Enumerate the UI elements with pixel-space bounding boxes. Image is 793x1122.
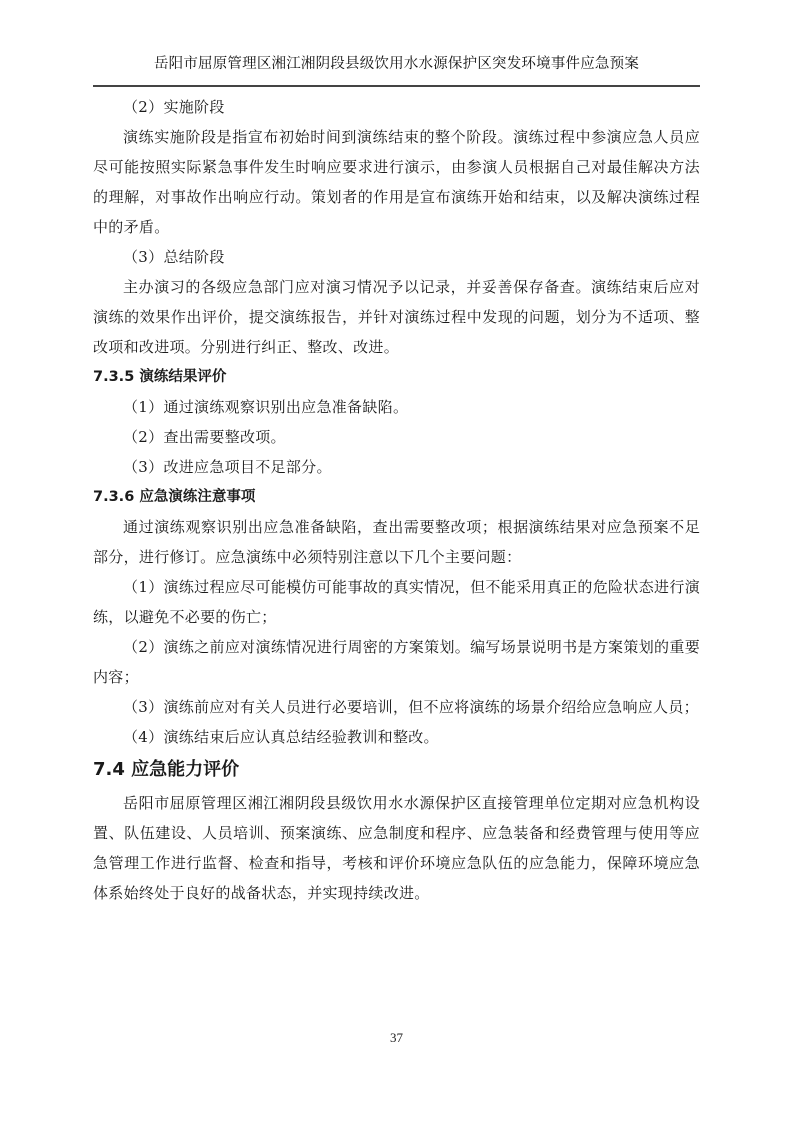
list-item: （2）查出需要整改项。: [93, 422, 700, 452]
list-item: （1）通过演练观察识别出应急准备缺陷。: [93, 392, 700, 422]
header-divider: [93, 85, 700, 87]
subsection-heading-summary: （3）总结阶段: [93, 242, 700, 272]
paragraph-7-3-6-intro: 通过演练观察识别出应急准备缺陷，查出需要整改项；根据演练结果对应急预案不足部分，…: [93, 512, 700, 572]
page-number: 37: [0, 1030, 793, 1046]
subsection-heading-implementation: （2）实施阶段: [93, 92, 700, 122]
section-heading-7-4: 7.4 应急能力评价: [93, 752, 700, 788]
section-heading-7-3-6: 7.3.6 应急演练注意事项: [93, 482, 700, 512]
list-item: （3）演练前应对有关人员进行必要培训，但不应将演练的场景介绍给应急响应人员；: [93, 692, 700, 722]
paragraph-implementation: 演练实施阶段是指宣布初始时间到演练结束的整个阶段。演练过程中参演应急人员应尽可能…: [93, 122, 700, 242]
list-item: （1）演练过程应尽可能模仿可能事故的真实情况，但不能采用真正的危险状态进行演练，…: [93, 572, 700, 632]
paragraph-7-4: 岳阳市屈原管理区湘江湘阴段县级饮用水水源保护区直接管理单位定期对应急机构设置、队…: [93, 788, 700, 908]
page-body: （2）实施阶段 演练实施阶段是指宣布初始时间到演练结束的整个阶段。演练过程中参演…: [93, 92, 700, 908]
list-item: （3）改进应急项目不足部分。: [93, 452, 700, 482]
section-heading-7-3-5: 7.3.5 演练结果评价: [93, 362, 700, 392]
running-header: 岳阳市屈原管理区湘江湘阴段县级饮用水水源保护区突发环境事件应急预案: [93, 52, 700, 73]
paragraph-summary: 主办演习的各级应急部门应对演习情况予以记录，并妥善保存备查。演练结束后应对演练的…: [93, 272, 700, 362]
list-item: （4）演练结束后应认真总结经验教训和整改。: [93, 722, 700, 752]
list-item: （2）演练之前应对演练情况进行周密的方案策划。编写场景说明书是方案策划的重要内容…: [93, 632, 700, 692]
